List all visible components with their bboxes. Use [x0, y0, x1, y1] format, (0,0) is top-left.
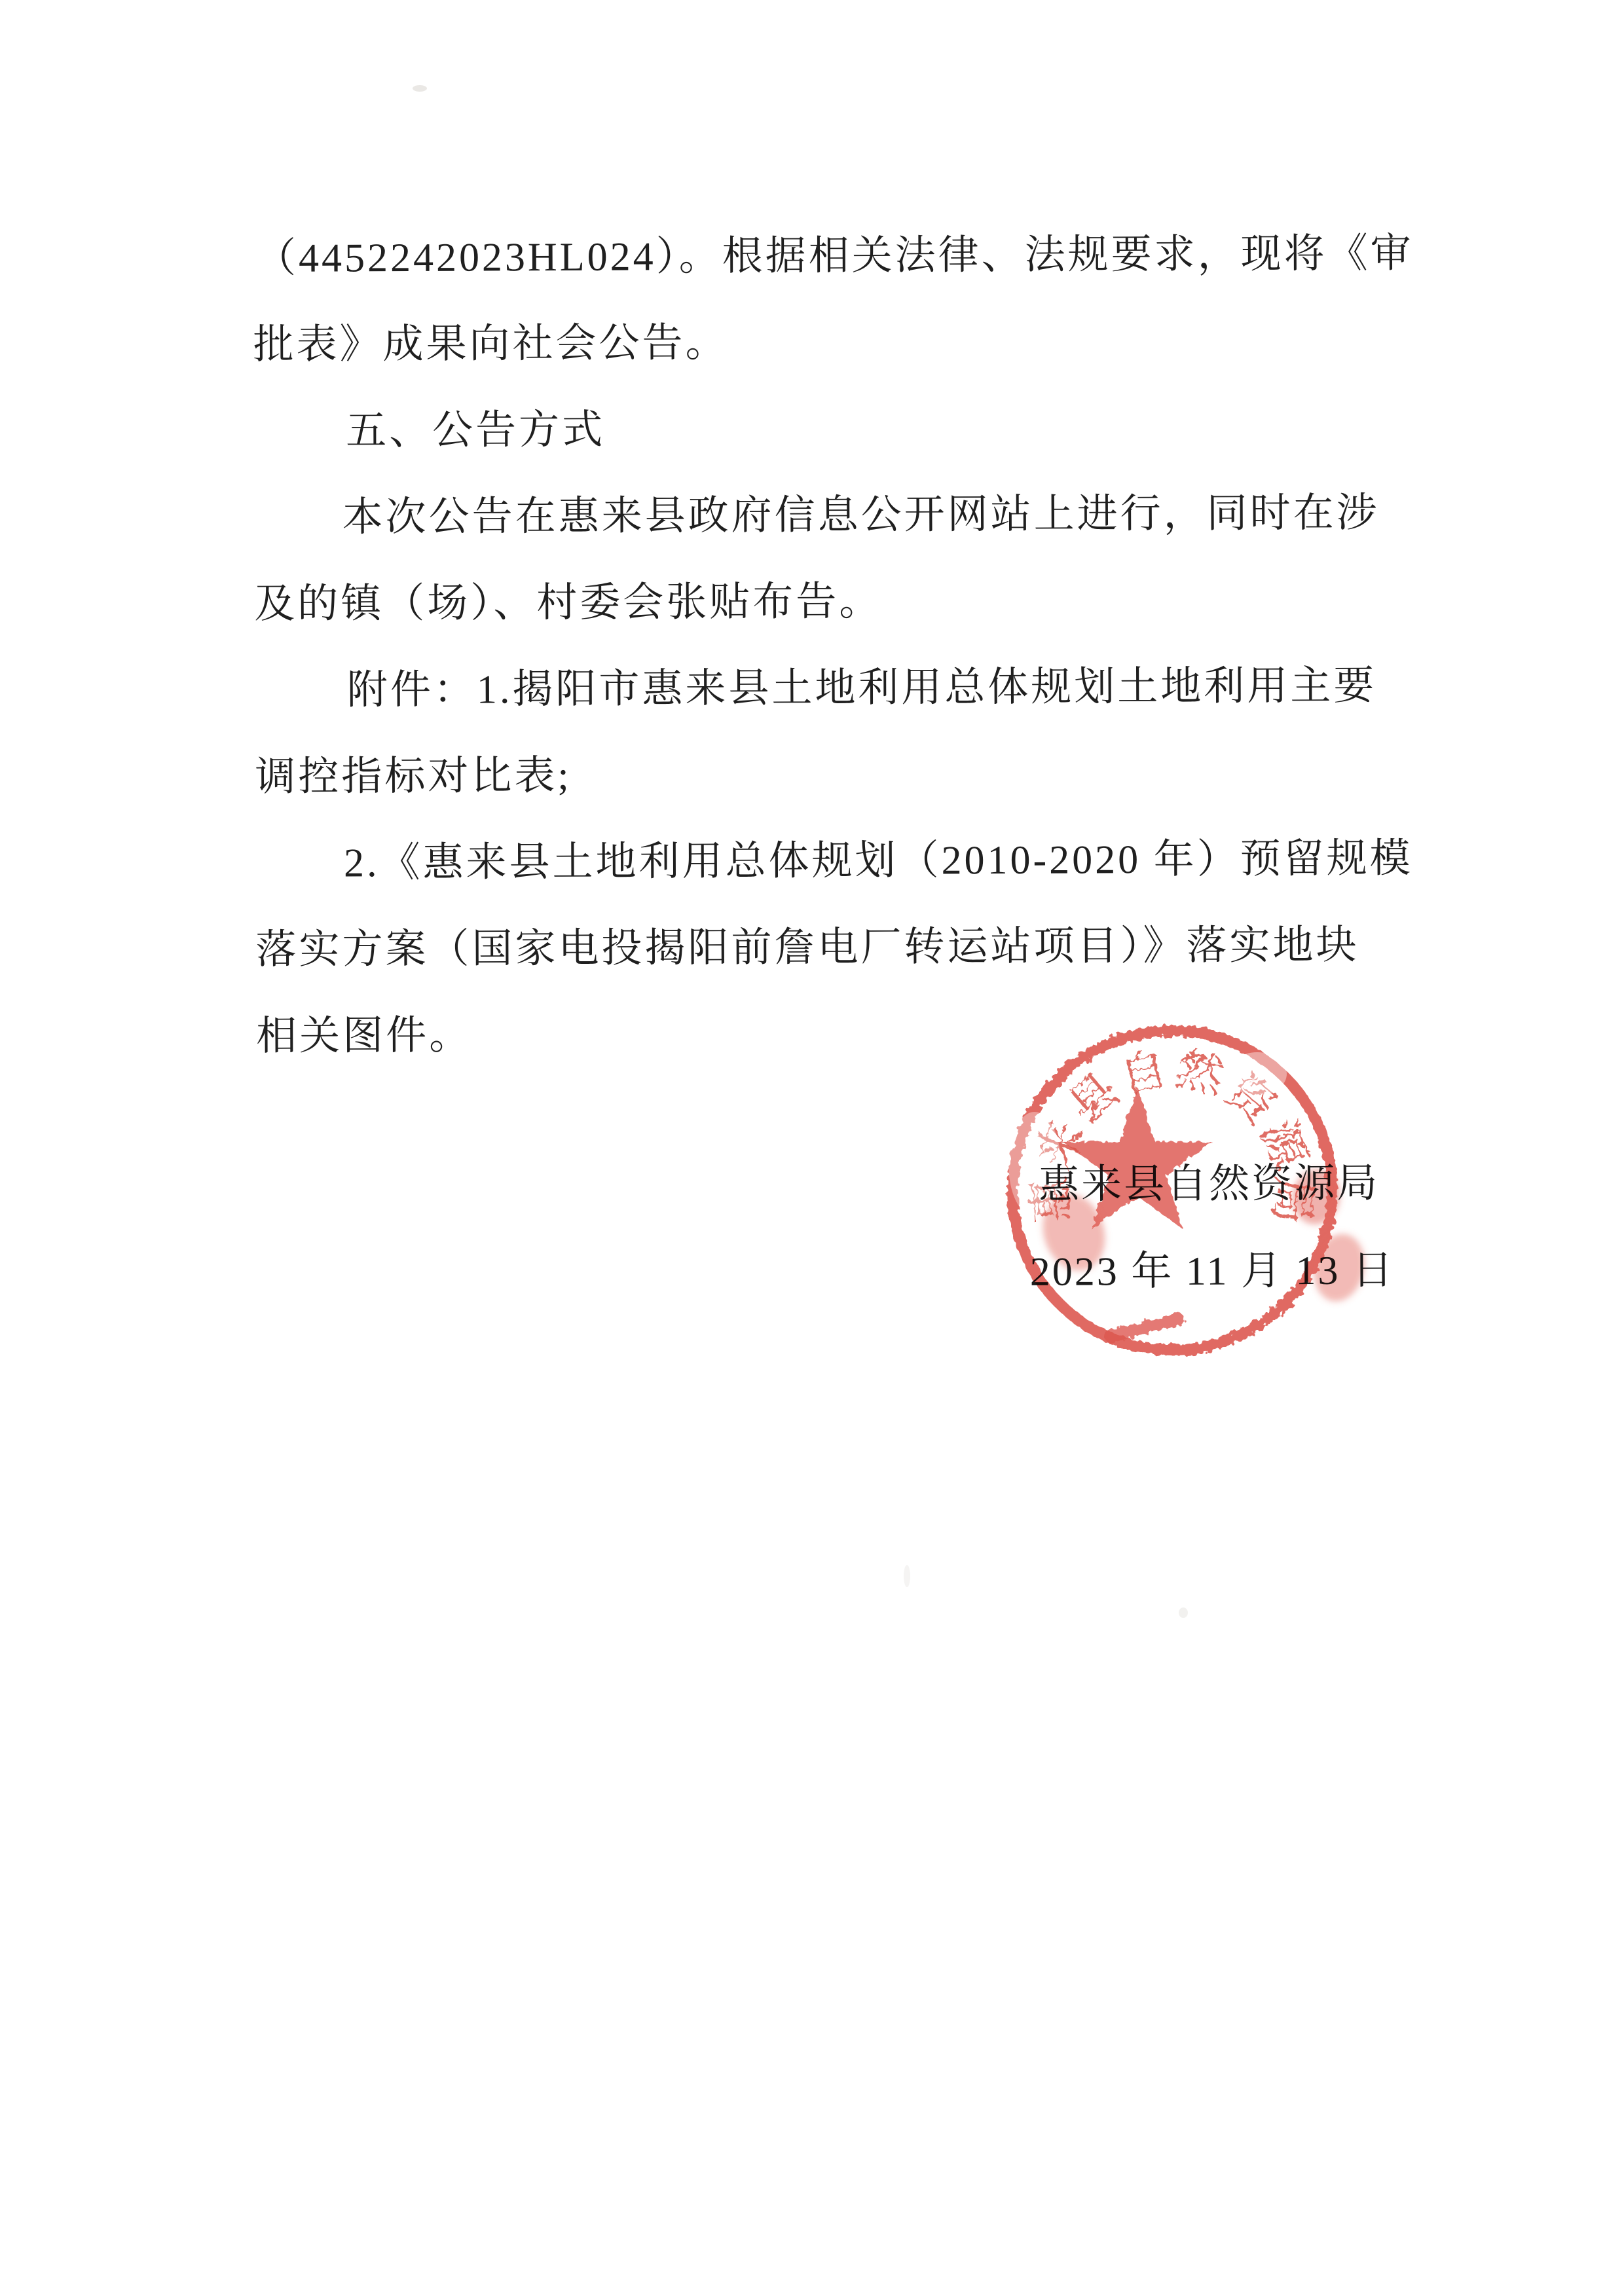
scanned-announcement-page: （4452242023HL024）。根据相关法律、法规要求，现将《审 批表》成果… [0, 0, 1624, 2295]
doc-line: 本次公告在惠来县政府信息公开网站上进行，同时在涉 [342, 470, 1380, 561]
doc-line-approval-number: （4452242023HL024）。根据相关法律、法规要求，现将《审 [255, 210, 1414, 302]
doc-line-section-heading: 五、公告方式 [346, 387, 606, 475]
scan-artifact [1179, 1607, 1188, 1618]
scan-artifact [413, 85, 427, 92]
seal-fade-left [1008, 1112, 1061, 1217]
seal-smudge-right-lower [1308, 1229, 1371, 1306]
doc-line: 落实方案（国家电投揭阳前詹电厂转运站项目）》落实地块 [255, 902, 1359, 993]
doc-line: 调控指标对比表; [255, 733, 572, 820]
seal-bottom-dash [1103, 1312, 1185, 1344]
doc-line: 批表》成果向社会公告。 [253, 300, 729, 388]
doc-line: 相关图件。 [256, 993, 473, 1080]
seal-fade-top-right [1228, 1052, 1287, 1095]
scan-artifact [904, 1565, 910, 1587]
official-seal-stamp: 惠来县自然资源局 [982, 1001, 1388, 1393]
doc-line: 及的镇（场）、村委会张贴布告。 [254, 559, 883, 648]
doc-line-attachment-1: 附件：1.揭阳市惠来县土地利用总体规划土地利用主要 [347, 643, 1377, 734]
doc-line-attachment-2: 2.《惠来县土地利用总体规划（2010-2020 年）预留规模 [344, 815, 1413, 906]
